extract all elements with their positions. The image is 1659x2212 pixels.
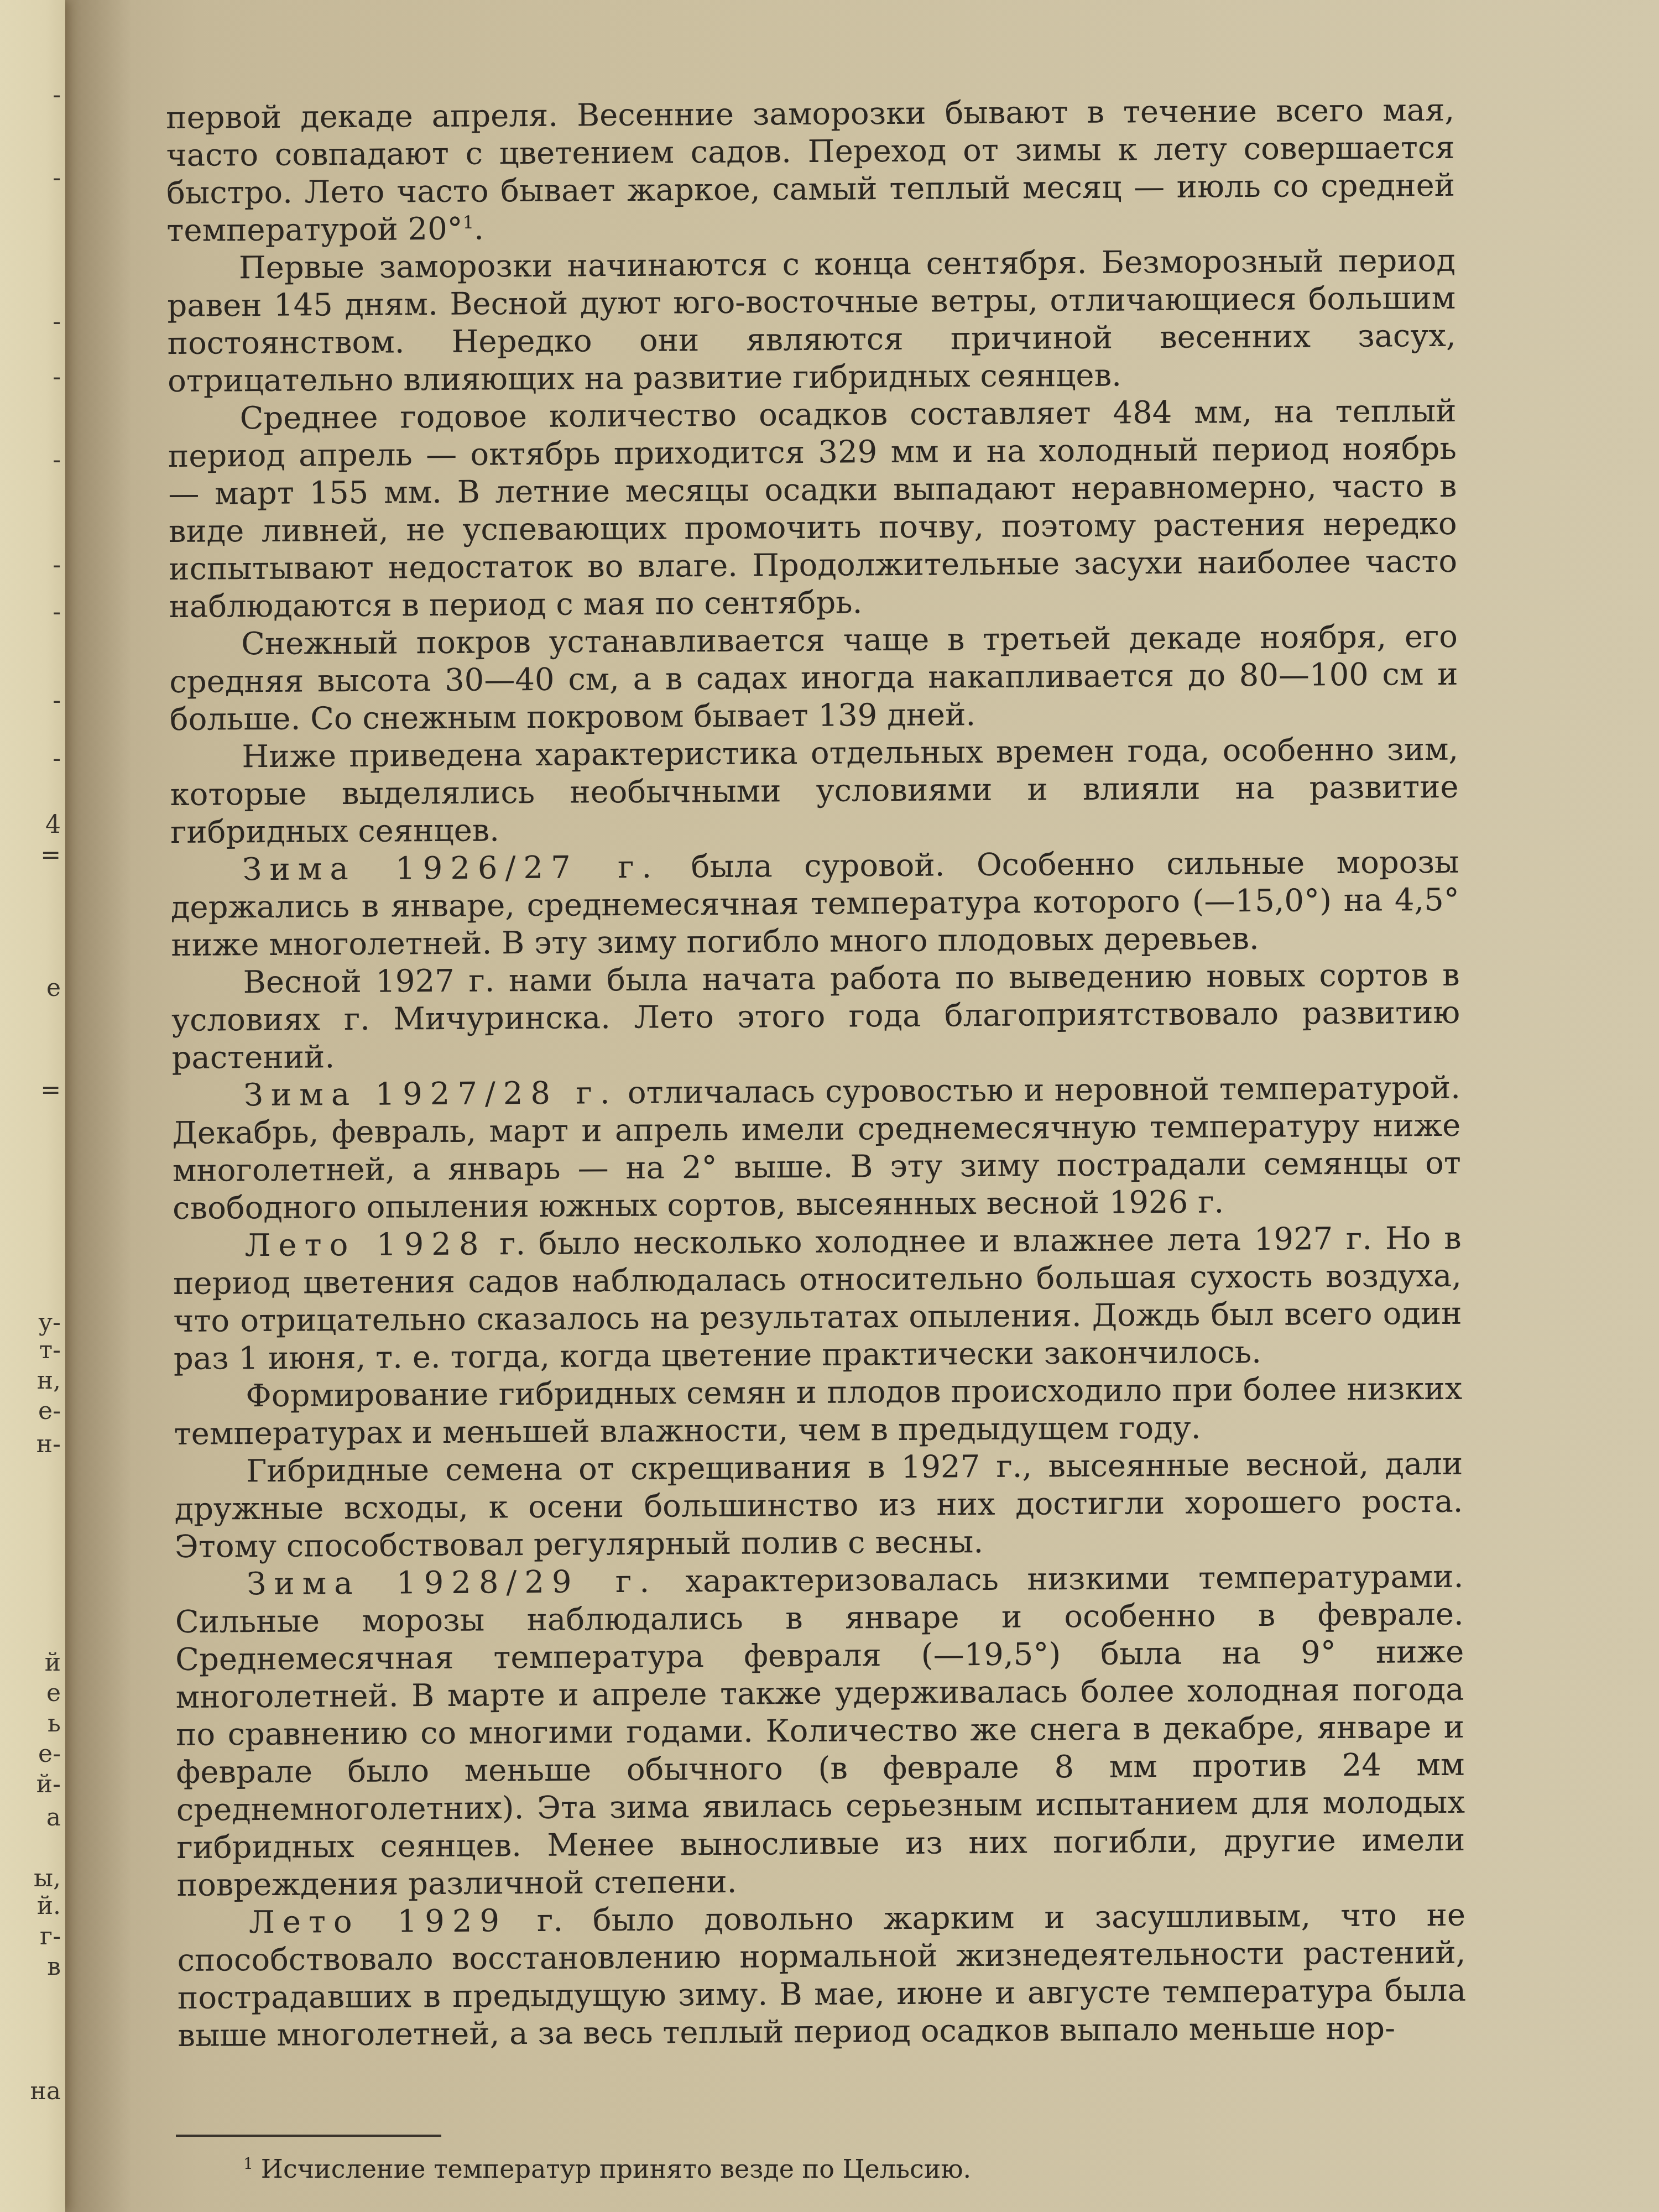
- previous-page-fragment: г-: [40, 1924, 61, 1949]
- gutter-shadow: [65, 0, 132, 2212]
- paragraph-hybrid-seeds: Гибридные семена от скрещивания в 1927 г…: [174, 1446, 1463, 1566]
- paragraph-text: Ниже приведена характеристика отдельных …: [170, 732, 1458, 851]
- paragraph-spring-1927: Весной 1927 г. нами была начата работа п…: [171, 957, 1460, 1077]
- paragraph-text: Первые заморозки начинаются с конца сент…: [167, 243, 1456, 399]
- paragraph-summer-1928: Лето 1928 г. было несколько холоднее и в…: [173, 1220, 1462, 1378]
- paragraph-summer-1929: Лето 1929 г. было довольно жарким и засу…: [177, 1897, 1467, 2055]
- previous-page-fragment: -: [53, 688, 61, 713]
- previous-page-fragment: н-: [36, 1432, 61, 1457]
- previous-page-fragment: -: [53, 600, 61, 624]
- spaced-heading: Лето 1929: [249, 1903, 507, 1940]
- paragraph-precipitation: Среднее годовое количество осадков соста…: [168, 393, 1457, 626]
- spaced-heading: Зима 1926/27 г.: [242, 849, 659, 888]
- spaced-heading: Лето 1928: [244, 1226, 486, 1264]
- previous-page-fragment: -: [53, 365, 61, 389]
- previous-page-fragment: ь: [48, 1712, 61, 1736]
- previous-page-fragment: е: [46, 976, 61, 1000]
- paragraph-winter-1928-29: Зима 1928/29 г. характеризовалась низким…: [175, 1558, 1465, 1905]
- previous-page-fragment: е-: [38, 1399, 61, 1423]
- previous-page-fragment: -: [53, 553, 61, 577]
- previous-page-fragment: -: [53, 747, 61, 771]
- paragraph-continuation: первой декаде апреля. Весенние заморозки…: [166, 92, 1455, 250]
- paragraph-text: Среднее годовое количество осадков соста…: [168, 393, 1458, 625]
- footnote: 1Исчисление температур принято везде по …: [243, 2154, 971, 2184]
- page-body-text: первой декаде апреля. Весенние заморозки…: [166, 92, 1467, 2055]
- paragraph-winter-1926-27: Зима 1926/27 г. была суровой. Особенно с…: [170, 844, 1459, 964]
- previous-page-fragment: ы,: [34, 1866, 61, 1891]
- footnote-ref-1: 1: [463, 212, 474, 233]
- previous-page-fragment: е-: [38, 1742, 61, 1766]
- paragraph-seasons-intro: Ниже приведена характеристика отдельных …: [170, 731, 1459, 852]
- previous-page-fragment: т-: [39, 1338, 61, 1363]
- previous-page-fragment: =: [40, 843, 61, 868]
- paragraph-winter-1927-28: Зима 1927/28 г. отличалась суровостью и …: [172, 1070, 1462, 1228]
- paragraph-frost-period: Первые заморозки начинаются с конца сент…: [167, 242, 1457, 400]
- spaced-heading: Зима 1928/29 г.: [247, 1564, 657, 1603]
- paragraph-text: первой декаде апреля. Весенние заморозки…: [166, 92, 1455, 249]
- paragraph-text: Гибридные семена от скрещивания в 1927 г…: [174, 1446, 1463, 1565]
- previous-page-fragment: 4: [45, 813, 61, 837]
- paragraph-snow-cover: Снежный покров устанавливается чаще в тр…: [169, 618, 1458, 739]
- previous-page-fragment: на: [30, 2079, 61, 2104]
- previous-page-fragment: -: [53, 310, 61, 334]
- previous-page-edge: ---------4=е=у-т-н,е-н-йеье-й-аы,й.г-вна: [0, 0, 65, 2212]
- paragraph-text: Формирование гибридных семян и плодов пр…: [174, 1371, 1463, 1452]
- book-spread-photo: ---------4=е=у-т-н,е-н-йеье-й-аы,й.г-вна…: [0, 0, 1659, 2212]
- paragraph-seed-formation: Формирование гибридных семян и плодов пр…: [174, 1370, 1463, 1453]
- previous-page-fragment: =: [40, 1078, 61, 1103]
- footnote-divider: [176, 2135, 441, 2137]
- footnote-text: Исчисление температур принято везде по Ц…: [261, 2154, 971, 2184]
- previous-page-fragment: й: [45, 1651, 61, 1675]
- previous-page-fragment: й.: [37, 1894, 61, 1918]
- paragraph-text: характеризовалась низкими температурами.…: [175, 1559, 1465, 1903]
- footnote-marker: 1: [243, 2154, 253, 2173]
- spaced-heading: Зима 1927/28 г.: [244, 1075, 618, 1113]
- previous-page-fragment: н,: [37, 1369, 61, 1393]
- previous-page-fragment: в: [47, 1955, 61, 1979]
- paragraph-text: Снежный покров устанавливается чаще в тр…: [169, 619, 1458, 738]
- previous-page-fragment: у-: [38, 1311, 61, 1335]
- previous-page-fragment: е: [46, 1681, 61, 1705]
- previous-page-fragment: й-: [36, 1772, 61, 1797]
- previous-page-fragment: -: [53, 166, 61, 190]
- previous-page-fragment: а: [46, 1806, 61, 1830]
- previous-page-fragment: -: [53, 448, 61, 472]
- previous-page-fragment: -: [53, 83, 61, 107]
- paragraph-text: Весной 1927 г. нами была начата работа п…: [171, 957, 1460, 1076]
